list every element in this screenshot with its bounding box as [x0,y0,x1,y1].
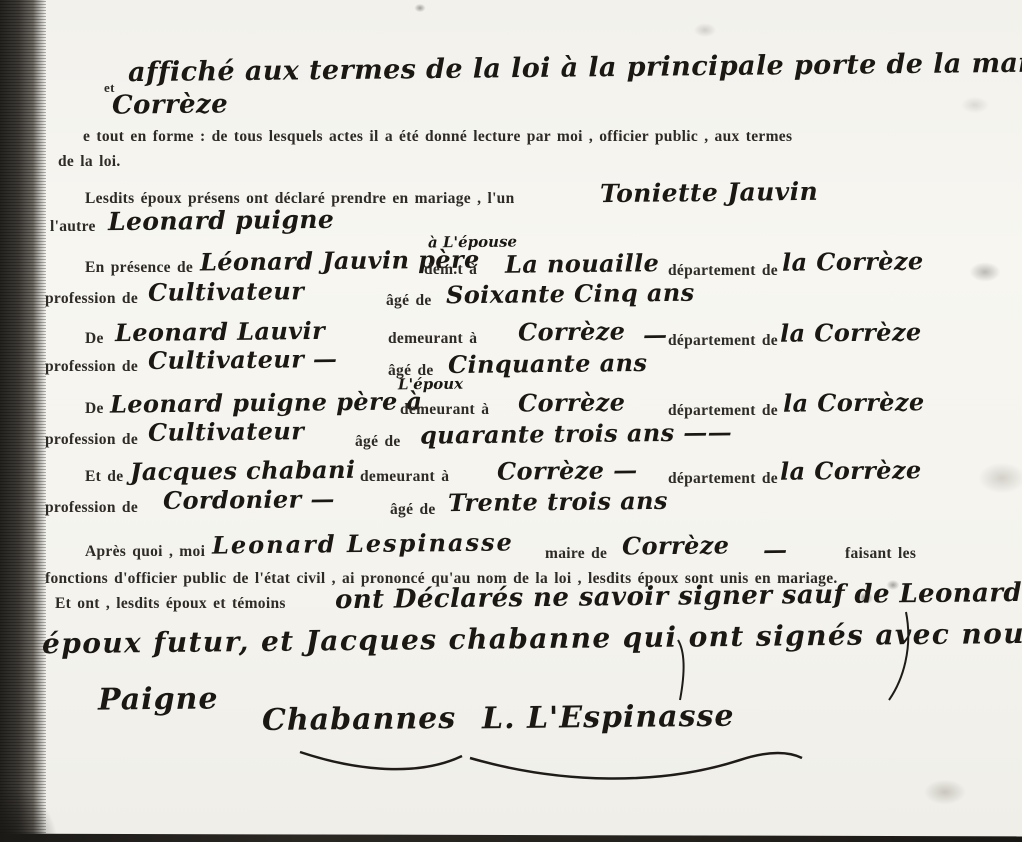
witness-1-profession-label: profession de [45,290,138,308]
witness-1-profession: Cultivateur [148,276,305,307]
witness-2-age: Cinquante ans [448,348,648,379]
witness-1-age-label: âgé de [386,292,432,310]
witness-3-age-label: âgé de [355,433,401,451]
page-bottom-edge [0,834,1022,842]
printed-formula-line1: e tout en forme : de tous lesquels actes… [83,128,792,146]
witness-1-age: Soixante Cinq ans [446,278,695,310]
witness-4-name: Jacques chabani [130,455,356,486]
witness-2-name: Leonard Lauvir [115,316,325,347]
signature-paigne: Paigne [98,681,219,717]
witness-3-profession-label: profession de [45,431,138,449]
witness-4-age: Trente trois ans [448,486,668,517]
witness-1-printed-lead: En présence de [85,259,193,277]
printed-maire-de: maire de [545,545,607,563]
witness-4-residence: Corrèze — [497,455,638,485]
printed-faisant-les: faisant les [845,545,916,563]
witness-1-relation-note: à L'épouse [428,233,517,252]
witness-3-department: la Corrèze [783,387,925,417]
witness-1-residence: La nouaille [505,248,660,279]
officer-name: Leonard Lespinasse [212,527,514,559]
pronouncement-printed-lead: Après quoi , moi [85,543,205,561]
witness-1-residence-label: dem.t à [424,261,477,279]
witness-4-residence-label: demeurant à [360,468,449,486]
printed-signature-lead: Et ont , lesdits époux et témoins [55,595,286,613]
witness-2-residence-label: demeurant à [388,330,477,348]
signature-lespinasse: L. L'Espinasse [482,699,735,737]
handwritten-publication-place: Corrèze [112,89,228,120]
witness-4-age-label: âgé de [390,501,436,519]
witness-2-residence: Corrèze [518,316,626,346]
handwritten-spouse-two: Leonard puigne [108,205,335,236]
printed-formula-line2: de la loi. [58,153,121,171]
witness-2-dash: — [643,320,668,349]
witness-3-relation-note: L'époux [398,375,463,394]
witness-2-profession: Cultivateur — [148,344,338,375]
witness-2-department: la Corrèze [780,317,922,347]
witness-4-department-label: département de [668,470,778,488]
witness-3-name: Leonard puigne père à [110,386,423,418]
witness-3-printed-lead: De [85,400,104,418]
witness-3-age: quarante trois ans —— [420,417,732,449]
book-binding-edge [0,0,46,842]
handwritten-signature-note-2: époux futur, et Jacques chabanne qui ont… [42,617,1022,660]
printed-lautre: l'autre [50,218,96,236]
handwritten-spouse-one: Toniette Jauvin [600,177,818,208]
witness-4-department: la Corrèze [780,455,922,485]
witness-2-department-label: département de [668,332,778,350]
handwritten-commune: Corrèze [622,530,730,560]
marriage-record-page: et affiché aux termes de la loi à la pri… [0,0,1022,842]
pronouncement-dash: — [763,535,788,564]
witness-2-printed-lead: De [85,330,104,348]
witness-4-profession: Cordonier — [163,484,335,515]
witness-1-department: la Corrèze [782,246,924,276]
witness-3-residence: Corrèze [518,387,626,417]
handwritten-publication: affiché aux termes de la loi à la princi… [128,47,1022,88]
witness-2-profession-label: profession de [45,358,138,376]
witness-4-printed-lead: Et de [85,468,123,486]
bottom-left-shadow [0,766,70,842]
witness-3-residence-label: demeurant à [400,401,489,419]
witness-4-profession-label: profession de [45,499,138,517]
witness-3-profession: Cultivateur [148,416,305,447]
signature-chabannes: Chabannes [262,701,457,738]
